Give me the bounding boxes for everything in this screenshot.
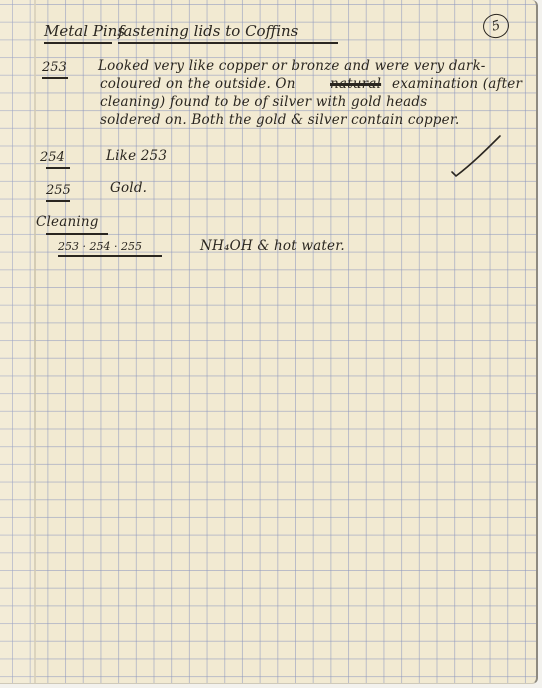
notebook-page: Metal Pins fastening lids to Coffins 5 2… — [0, 0, 538, 684]
cleaning-items-underline — [58, 255, 162, 257]
cleaning-method: NH₄OH & hot water. — [200, 238, 345, 254]
entry-253-line-2b: examination (after — [392, 76, 522, 92]
entry-253-number: 253 — [42, 60, 67, 75]
entry-254-number: 254 — [40, 150, 65, 165]
entry-254-underline — [46, 167, 70, 169]
page-number: 5 — [490, 18, 502, 35]
title-underline-1 — [44, 42, 112, 44]
entry-253-line-2: coloured on the outside. On — [100, 76, 296, 92]
cleaning-items: 253 · 254 · 255 — [58, 240, 142, 253]
cleaning-underline — [46, 233, 108, 235]
torn-edge — [34, 0, 36, 683]
entry-255-number: 255 — [46, 183, 71, 198]
entry-253-underline — [42, 77, 68, 79]
title-metal-pins: Metal Pins — [44, 22, 125, 40]
entry-254-text: Like 253 — [106, 148, 167, 164]
entry-255-underline — [46, 200, 70, 202]
title-fastening-lids: fastening lids to Coffins — [118, 22, 298, 40]
title-underline-2 — [118, 42, 338, 44]
cleaning-heading: Cleaning — [36, 214, 99, 230]
entry-253-struck-word: natural — [330, 76, 381, 92]
entry-255-text: Gold. — [110, 180, 147, 196]
entry-253-line-3: cleaning) found to be of silver with gol… — [100, 94, 427, 110]
torn-margin-strip — [0, 0, 34, 683]
entry-253-line-1: Looked very like copper or bronze and we… — [98, 58, 486, 74]
checkmark-icon — [448, 130, 508, 180]
entry-253-line-4: soldered on. Both the gold & silver cont… — [100, 112, 459, 128]
page-number-circle: 5 — [480, 11, 511, 41]
